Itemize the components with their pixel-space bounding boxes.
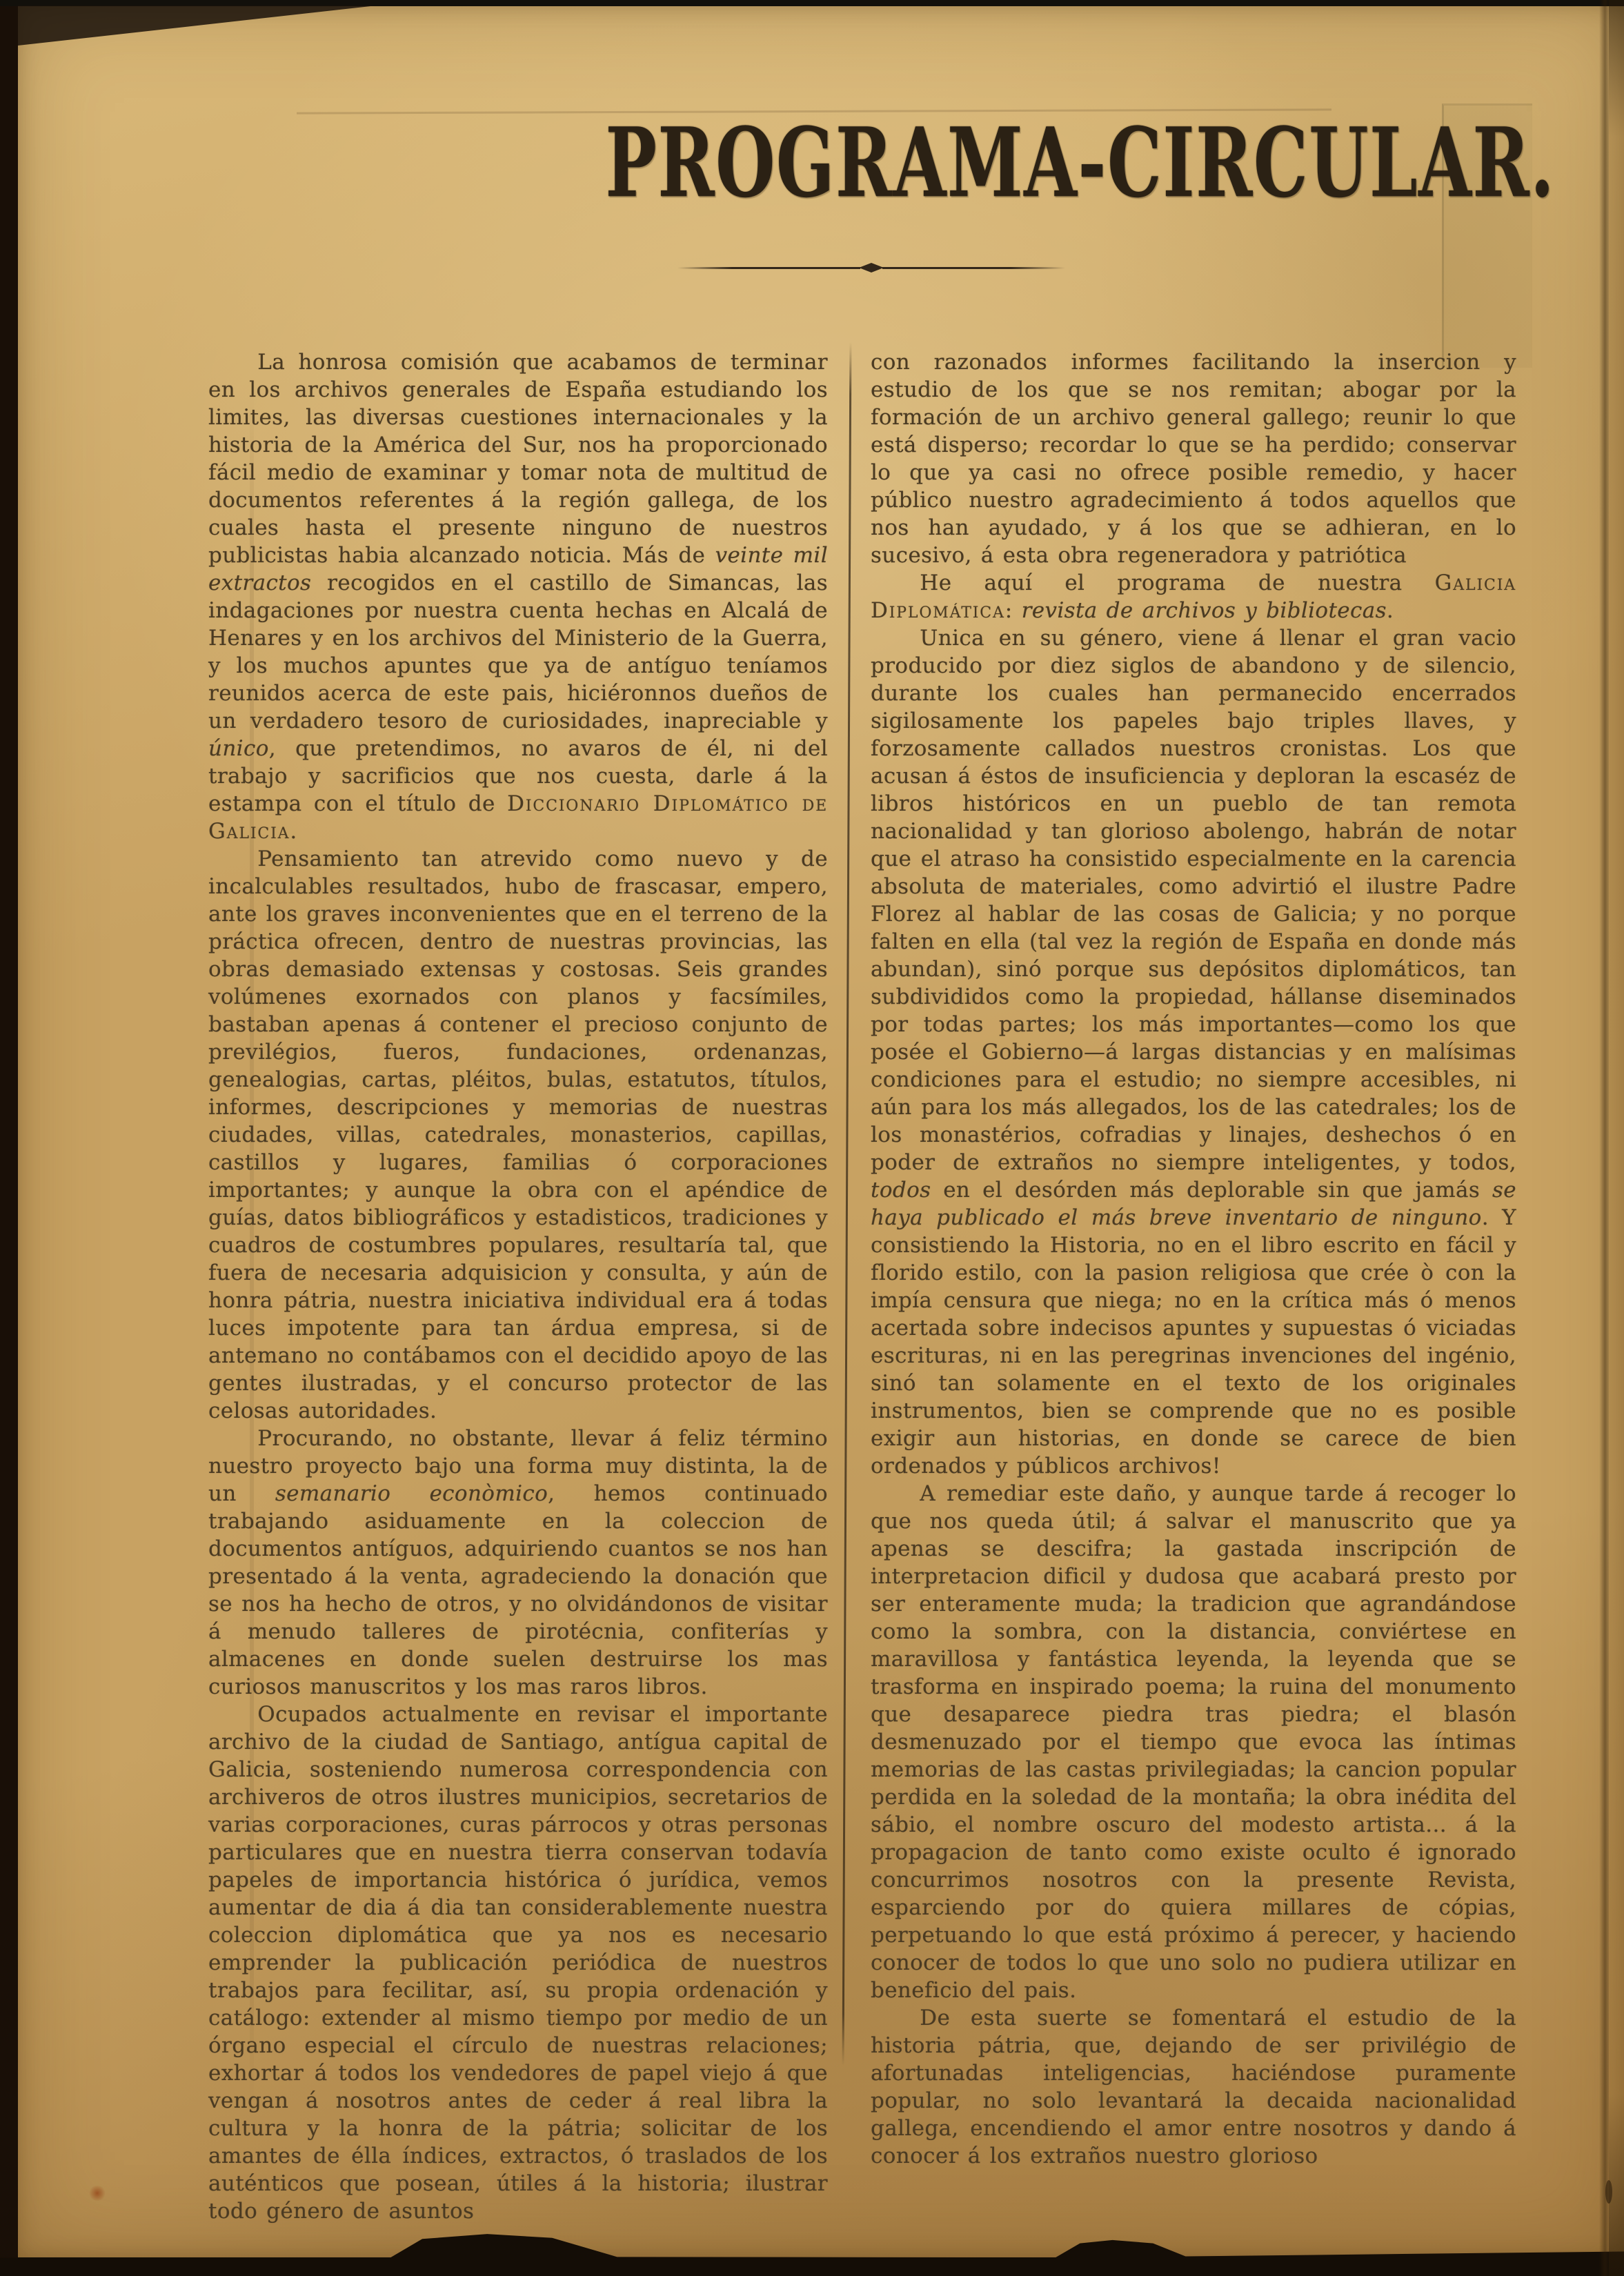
scanned-document-page: PROGRAMA-CIRCULAR. La honrosa comisión q… <box>0 0 1624 2276</box>
paragraph: con razonados informes facilitando la in… <box>871 348 1516 569</box>
paragraph: A remediar este daño, y aunque tarde á r… <box>871 1480 1516 2004</box>
fold-knot-mark <box>1605 2180 1612 2204</box>
rust-stain-dot <box>88 2186 106 2201</box>
photo-top-edge <box>0 0 1624 6</box>
right-fold-shadow <box>1599 0 1609 2276</box>
paragraph: Pensamiento tan atrevido como nuevo y de… <box>208 845 828 1425</box>
paragraph: He aquí el programa de nuestra Galicia D… <box>871 569 1516 624</box>
ornament-diamond <box>859 263 884 273</box>
paragraph: De esta suerte se fomentará el estudio d… <box>871 2004 1516 2170</box>
paragraph: Ocupados actualmente en revisar el impor… <box>208 1701 828 2225</box>
paragraph: La honrosa comisión que acabamos de term… <box>208 348 828 845</box>
page-title-text: PROGRAMA-CIRCULAR. <box>605 117 1555 211</box>
ornament-rule-right <box>882 267 1065 269</box>
paragraph: Procurando, no obstante, llevar á feliz … <box>208 1425 828 1701</box>
ornament-rule-left <box>677 267 860 269</box>
left-text-column: La honrosa comisión que acabamos de term… <box>208 348 828 2225</box>
page-title: PROGRAMA-CIRCULAR. <box>447 119 1315 215</box>
diamond-rule-ornament <box>677 261 1065 275</box>
right-text-column: con razonados informes facilitando la in… <box>871 348 1516 2170</box>
paragraph: Unica en su género, viene á llenar el gr… <box>871 624 1516 1480</box>
right-page-edge <box>1609 0 1624 2276</box>
photo-left-edge <box>0 0 18 2276</box>
